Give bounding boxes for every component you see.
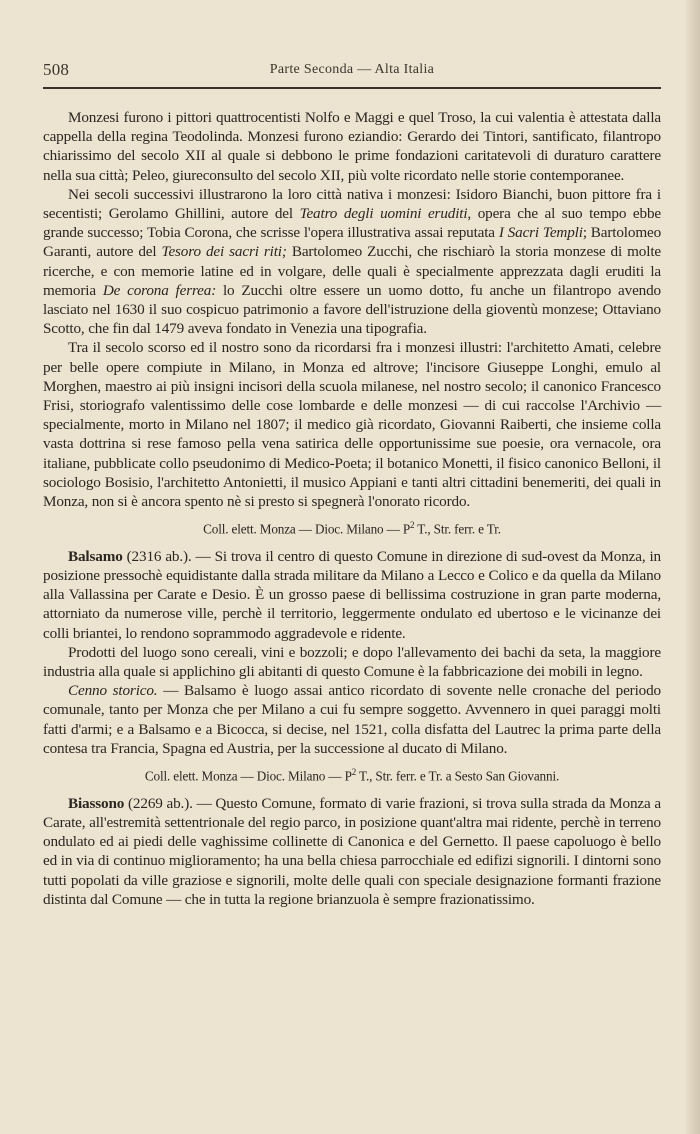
paragraph-balsamo-intro: Balsamo (2316 ab.). — Si trova il centro…	[43, 547, 661, 643]
paragraph-monza-later-centuries: Nei secoli successivi illustrarono la lo…	[43, 185, 661, 339]
paragraph-monza-illustrious: Tra il secolo scorso ed il nostro sono d…	[43, 338, 661, 511]
running-title: Parte Seconda — Alta Italia	[43, 62, 661, 78]
work-title: Tesoro dei sacri riti;	[162, 243, 287, 260]
entry-title-biassono: Biassono	[68, 795, 124, 812]
header-rule	[43, 87, 661, 89]
work-title: Teatro degli uomini eruditi	[300, 205, 468, 222]
paragraph-monza-painters: Monzesi furono i pittori quattrocentisti…	[43, 108, 661, 185]
electoral-note-monza: Coll. elett. Monza — Dioc. Milano — P2 T…	[43, 516, 661, 539]
entry-title-balsamo: Balsamo	[68, 548, 123, 565]
page-body: Monzesi furono i pittori quattrocentisti…	[43, 108, 661, 909]
paragraph-biassono-intro: Biassono (2269 ab.). — Questo Comune, fo…	[43, 794, 661, 909]
section-label-cenno-storico: Cenno storico.	[68, 682, 157, 699]
electoral-note-balsamo: Coll. elett. Monza — Dioc. Milano — P2 T…	[43, 763, 661, 786]
work-title: I Sacri Templi	[499, 224, 583, 241]
paragraph-balsamo-products: Prodotti del luogo sono cereali, vini e …	[43, 643, 661, 681]
page-edge-shadow	[686, 0, 700, 1134]
paragraph-balsamo-history: Cenno storico. — Balsamo è luogo assai a…	[43, 681, 661, 758]
page-header: 508 Parte Seconda — Alta Italia	[43, 60, 661, 82]
work-title: De corona ferrea:	[103, 282, 216, 299]
